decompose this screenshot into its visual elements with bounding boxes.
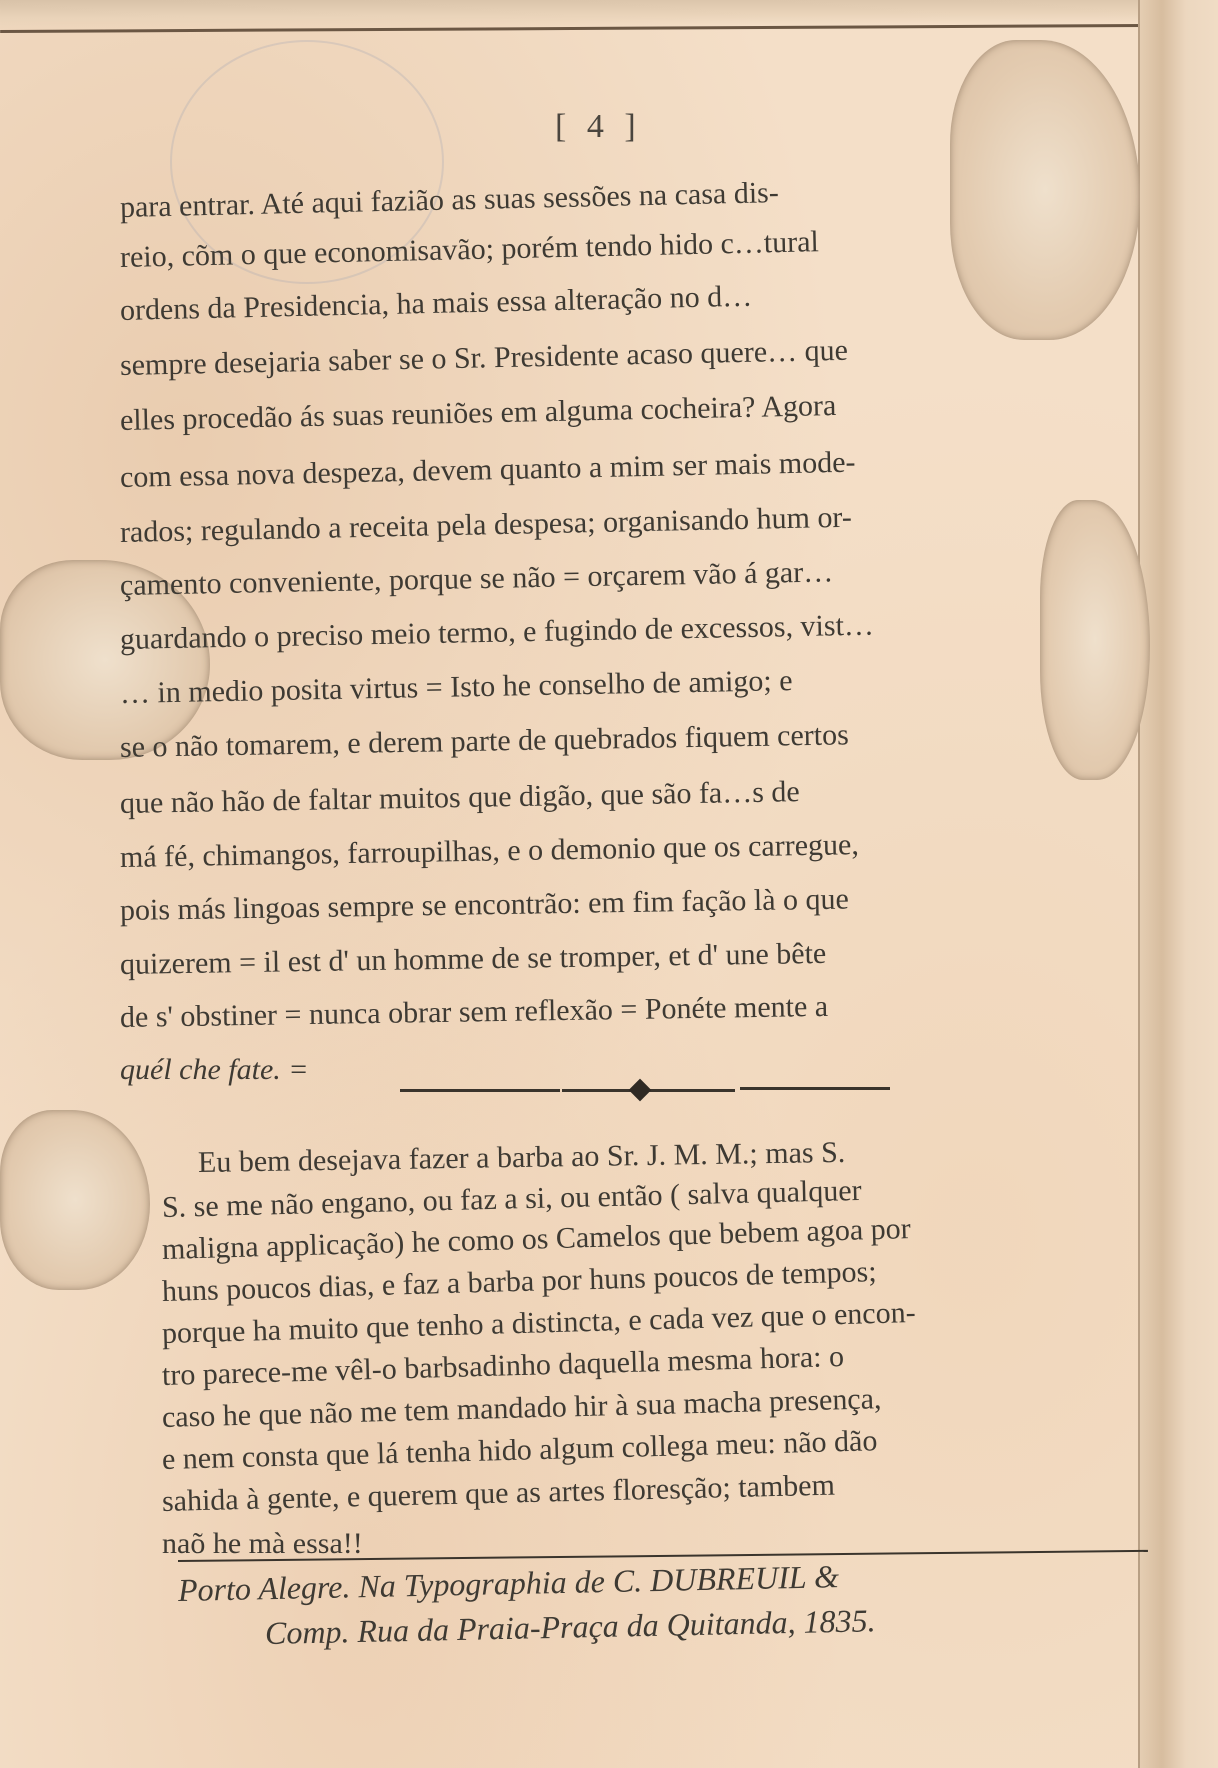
text-line: ordens da Presidencia, ha mais essa alte… bbox=[120, 279, 753, 329]
text-line: çamento conveniente, porque se não = orç… bbox=[120, 554, 834, 604]
scanned-page: [ 4 ] para entrar. Até aqui fazião as su… bbox=[0, 0, 1218, 1768]
book-gutter bbox=[1138, 0, 1218, 1768]
paper-damage-top-right bbox=[950, 40, 1140, 340]
text-line: … in medio posita virtus = Isto he conse… bbox=[120, 663, 793, 712]
text-line: com essa nova despeza, devem quanto a mi… bbox=[120, 445, 856, 496]
text-line: guardando o preciso meio termo, e fugind… bbox=[120, 608, 875, 658]
gutter-fold bbox=[1138, 0, 1140, 1768]
divider-ornament-icon bbox=[629, 1079, 652, 1102]
text-line: de s' obstiner = nunca obrar sem reflexã… bbox=[120, 989, 829, 1036]
text-line: que não hão de faltar muitos que digão, … bbox=[120, 774, 800, 822]
page-number: [ 4 ] bbox=[555, 108, 642, 146]
paper-damage-left-lower bbox=[0, 1110, 150, 1290]
text-line: sempre desejaria saber se o Sr. Presiden… bbox=[120, 333, 849, 384]
text-line: pois más lingoas sempre se encontrão: em… bbox=[120, 882, 849, 929]
text-line: elles procedão ás suas reuniões em algum… bbox=[120, 388, 837, 439]
imprint-line-2: Comp. Rua da Praia-Praça da Quitanda, 18… bbox=[265, 1602, 876, 1651]
page-top-edge bbox=[0, 0, 1218, 33]
text-line: rados; regulando a receita pela despesa;… bbox=[120, 500, 853, 551]
paper-damage-right-mid bbox=[1040, 500, 1150, 780]
imprint-line-1: Porto Alegre. Na Typographia de C. DUBRE… bbox=[178, 1558, 840, 1608]
ornamental-divider bbox=[400, 1085, 890, 1095]
text-line: quizerem = il est d' un homme de se trom… bbox=[120, 936, 827, 983]
text-line: quél che fate. = bbox=[120, 1052, 309, 1088]
text-line: má fé, chimangos, farroupilhas, e o demo… bbox=[120, 827, 859, 876]
text-line: naõ he mà essa!! bbox=[162, 1526, 363, 1562]
text-line: sahida à gente, e querem que as artes fl… bbox=[162, 1468, 836, 1520]
text-line: se o não tomarem, e derem parte de quebr… bbox=[120, 717, 849, 766]
text-line: Eu bem desejava fazer a barba ao Sr. J. … bbox=[198, 1135, 846, 1181]
